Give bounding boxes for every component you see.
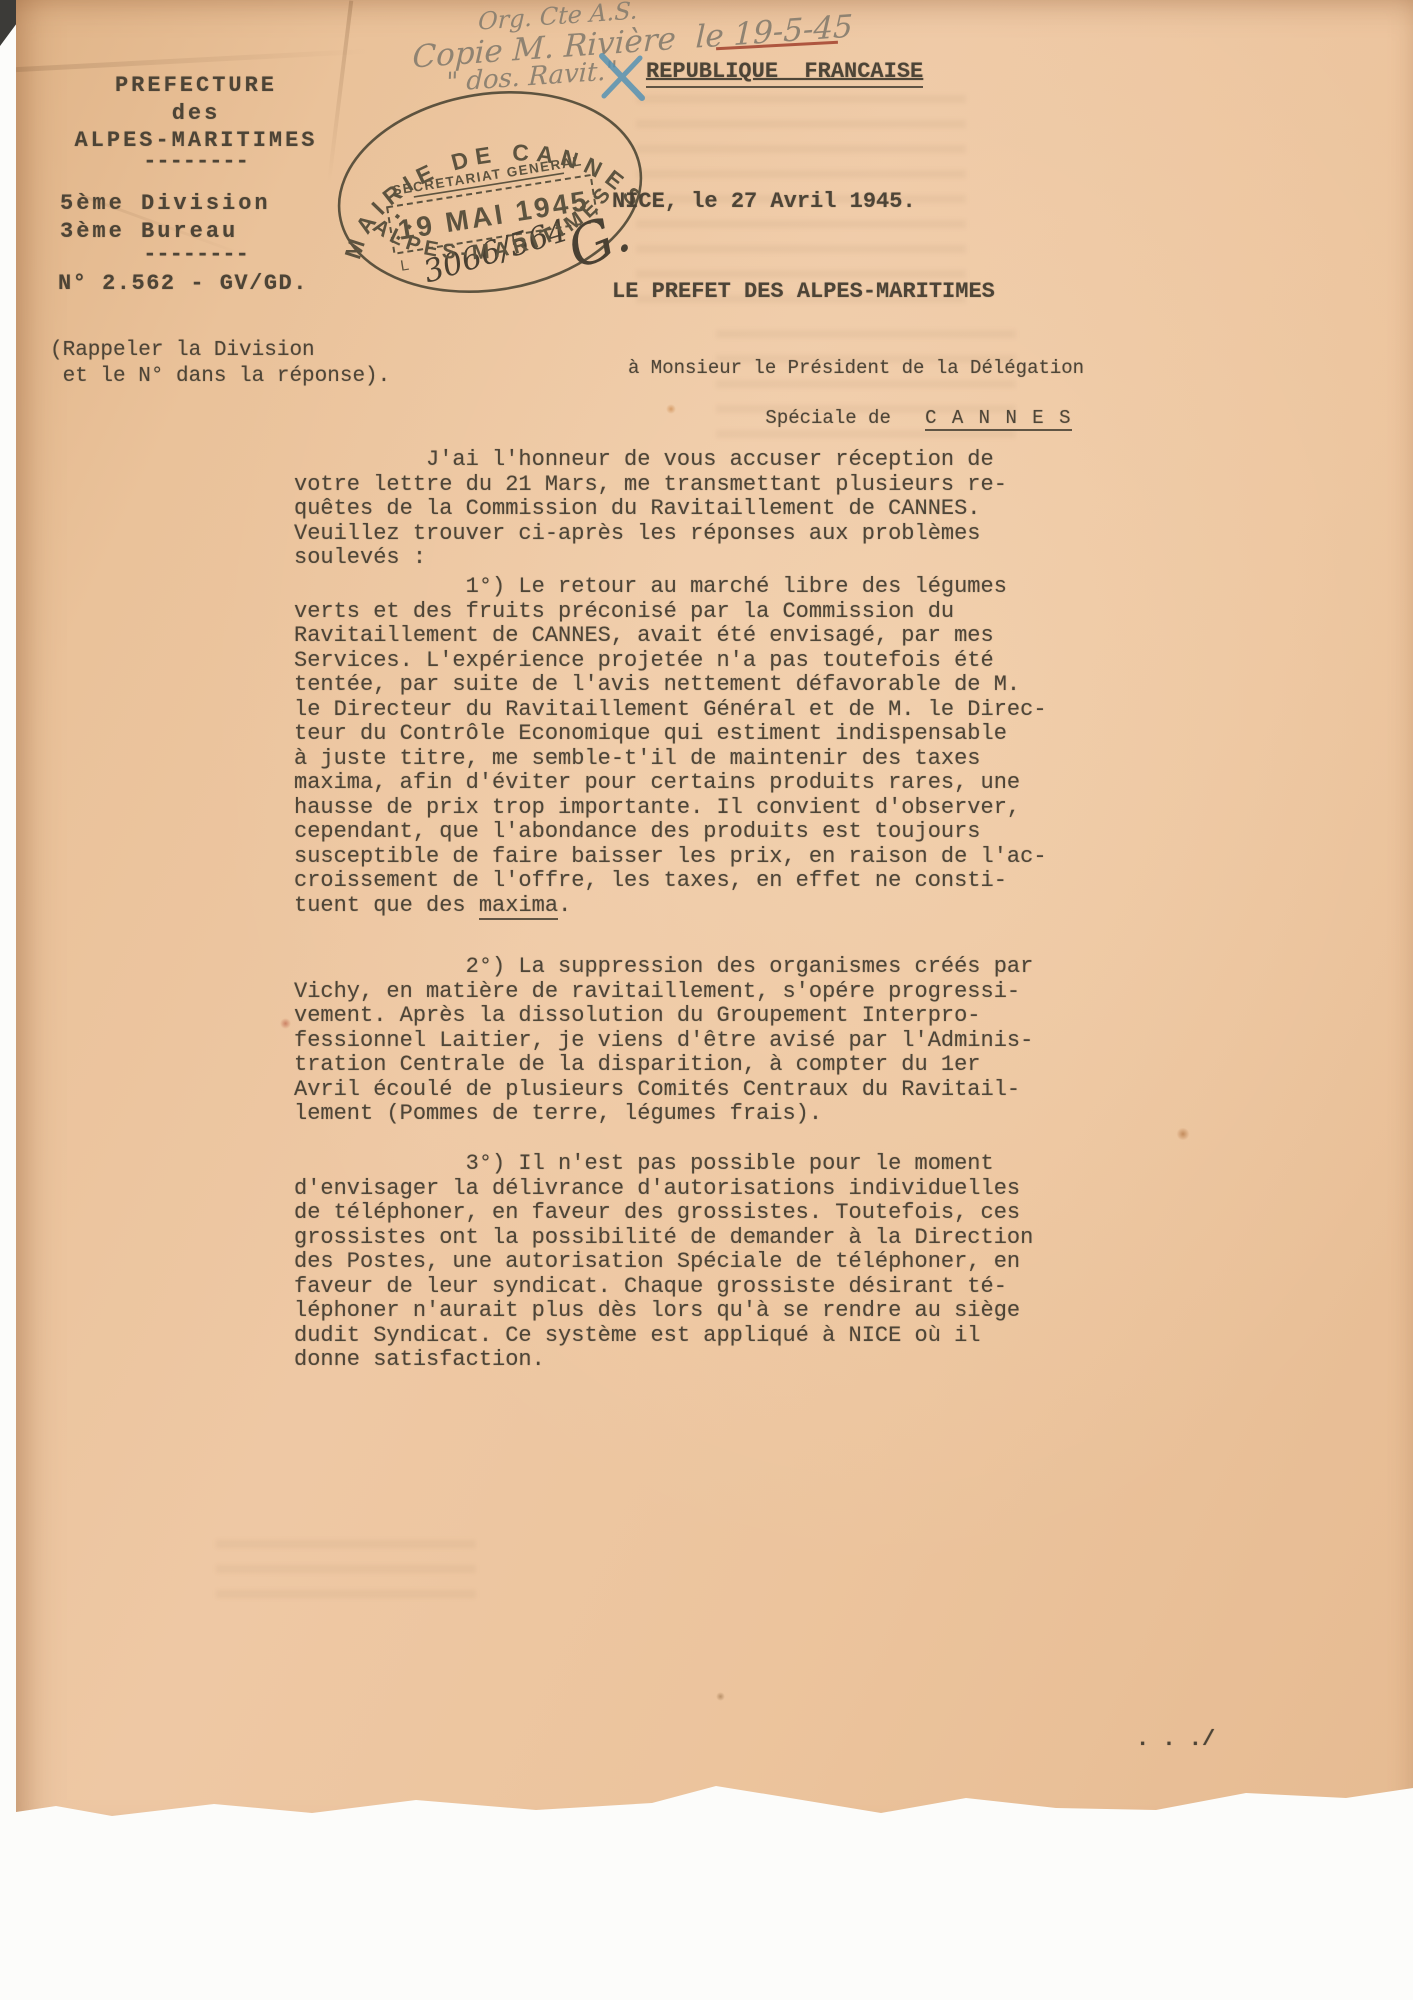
letterhead-divider: -------- [108,150,284,175]
paragraph-intro: J'ai l'honneur de vous accuser réception… [294,448,1007,571]
sender-title: LE PREFET DES ALPES-MARITIMES [612,280,995,305]
letterhead-divider: -------- [108,243,284,268]
reference-note: (Rappeler la Division et le N° dans la r… [50,338,390,390]
paragraph-2: 2°) La suppression des organismes créés … [294,955,1033,1127]
ink-bleedthrough [216,1540,476,1610]
continuation-mark: . . ./ [1136,1728,1215,1753]
paragraph-1-last-prefix: tuent que des [294,893,479,918]
stamp-ornament-diamonds: ◆ [394,211,401,222]
reference-number: N° 2.562 - GV/GD. [58,272,308,297]
recipient-spacer [891,407,925,429]
paragraph-3: 3°) Il n'est pas possible pour le moment… [294,1152,1033,1373]
paper-stain [280,1018,291,1029]
scanned-letter-page: Org. Cte A.S. Copie M. Rivière le 19-5-4… [0,0,1413,2000]
stamp-corner-mark: L [399,257,410,275]
paper-stain [716,1692,725,1701]
recipient-city: C A N N E S [925,407,1072,431]
underlined-word-maxima: maxima [479,893,558,920]
paragraph-1-last-line: tuent que des maxima. [294,894,571,919]
paragraph-1-last-suffix: . [558,893,571,918]
letterhead-division: 5ème Division 3ème Bureau [60,190,271,245]
paper-crease [4,48,374,72]
place-and-date: NICE, le 27 Avril 1945. [612,190,916,215]
letterhead-organization: PREFECTURE des ALPES-MARITIMES [46,72,346,155]
recipient-line-1: à Monsieur le Président de la Délégation [628,356,1084,381]
recipient-line-2-prefix: Spéciale de [765,407,890,429]
paper-stain [1176,1128,1190,1140]
letter-paper: Org. Cte A.S. Copie M. Rivière le 19-5-4… [16,0,1413,1825]
paragraph-1: 1°) Le retour au marché libre des légume… [294,575,1047,894]
paper-stain [666,404,676,414]
republic-title: REPUBLIQUE FRANCAISE [646,59,923,88]
